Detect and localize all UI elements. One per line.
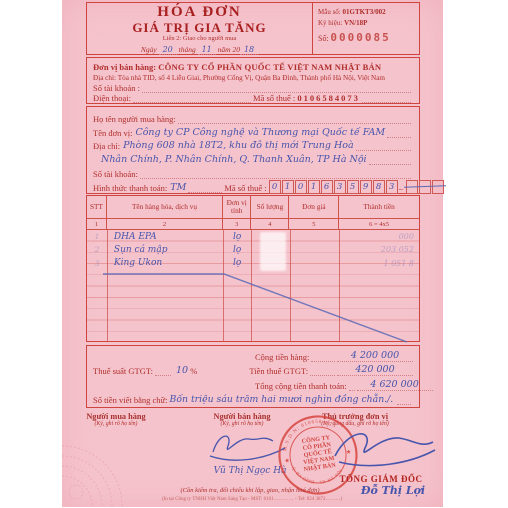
col-header-description: Tên hàng hóa, dịch vụ <box>107 196 223 218</box>
buyer-address-label: Địa chỉ: <box>93 141 120 151</box>
director-signature-block: Thủ trưởng đơn vị (Ký, đóng dấu, ghi rõ … <box>305 412 405 429</box>
dotted-leader <box>178 115 411 124</box>
dotted-leader <box>369 156 411 165</box>
director-signature-name: Đỗ Thị Lợi <box>338 484 448 497</box>
stamp-ring-bottom-text: Q. BA ĐÌNH - TP. HÀ NỘI <box>291 459 345 488</box>
buyer-address-line2-handwritten: Nhân Chính, P. Nhân Chính, Q. Thanh Xuân… <box>101 154 367 165</box>
totals-section: Cộng tiền hàng: 4 200 000 Thuế suất GTGT… <box>86 345 420 408</box>
dotted-leader <box>311 353 335 362</box>
director-signatory-note: (Ký, đóng dấu, ghi rõ họ tên) <box>305 421 405 429</box>
grand-total-label: Tổng cộng tiền thanh toán: <box>255 381 347 391</box>
table-body: 1 DHA EPA lọ 000 2 Sụn cá mập lọ 203 052… <box>87 230 419 341</box>
amount-in-words-label: Số tiền viết bằng chữ: <box>93 395 167 405</box>
dotted-leader <box>349 382 355 391</box>
dotted-leader <box>188 184 222 193</box>
stamp-ring-top-text: M.S.D.N: 0106584073 <box>280 417 340 452</box>
date-year-label: năm 20 <box>218 45 240 54</box>
tax-digit-empty <box>432 180 444 194</box>
vat-rate-handwritten: 10 <box>176 365 188 376</box>
vat-amount-label: Tiền thuế GTGT: <box>249 366 308 376</box>
tax-digit: 0 <box>295 180 307 194</box>
date-month-label: tháng <box>179 45 196 54</box>
seller-signature-name: Vũ Thị Ngọc Hà <box>194 466 306 476</box>
corner-guilloche-ornament <box>62 430 138 506</box>
tax-digit: 3 <box>334 180 346 194</box>
buyer-signatory-title: Người mua hàng <box>70 412 162 421</box>
subtotal-label: Cộng tiền hàng: <box>255 352 309 362</box>
stamp-line: NHẬT BẢN <box>303 461 337 474</box>
dotted-leader <box>362 94 411 103</box>
invoice-number-row: Số: 0000085 <box>318 29 414 46</box>
col-header-amount: Thành tiền <box>339 196 419 218</box>
stamp-line: QUỐC TẾ <box>303 447 332 459</box>
amount-in-words-handwritten: Bốn triệu sáu trăm hai mươi nghìn đồng c… <box>169 394 393 405</box>
date-day-handwritten: 20 <box>159 45 177 55</box>
date-month-handwritten: 11 <box>198 45 216 55</box>
payment-method-handwritten: TM <box>170 182 186 193</box>
stamp-star-left: ★ <box>284 457 290 465</box>
tax-digit-empty <box>406 180 418 194</box>
col-number: 1 <box>87 219 107 229</box>
printer-credit-line: (In tại Công ty TNHH Việt Nam Sáng Tạo -… <box>102 497 402 502</box>
buyer-unit-label: Tên đơn vị: <box>93 128 132 138</box>
seller-signatory-title: Người bán hàng <box>196 412 288 421</box>
buyer-account-label: Số tài khoản: <box>93 169 138 179</box>
seller-phone-label: Điện thoại: <box>93 93 131 103</box>
tax-digit: 1 <box>308 180 320 194</box>
seller-account-label: Số tài khoản : <box>93 83 140 93</box>
dotted-leader <box>310 367 335 376</box>
form-number-value: 01GTKT3/002 <box>343 8 386 16</box>
buyer-section: Họ tên người mua hàng: Tên đơn vị: Công … <box>86 106 420 194</box>
table-column-number-row: 1 2 3 4 5 6 = 4x5 <box>87 219 419 230</box>
buyer-company-handwritten: Công ty CP Công nghệ và Thương mại Quốc … <box>135 127 385 138</box>
buyer-tax-label: Mã số thuế : <box>224 183 266 193</box>
invoice-number-value: 0000085 <box>330 31 390 44</box>
grand-total-handwritten: 4 620 000 <box>357 379 433 391</box>
invoice-number-label: Số: <box>318 34 329 43</box>
percent-sign: % <box>190 366 197 376</box>
items-table: STT Tên hàng hóa, dịch vụ Đơn vị tính Số… <box>86 195 420 342</box>
seller-tax-label: Mã số thuế : <box>253 93 295 103</box>
seller-signatory-note: (Ký, ghi rõ họ tên) <box>196 421 288 429</box>
subtotal-value-handwritten: 4 200 000 <box>337 350 413 362</box>
seller-address-label: Địa chỉ: <box>93 74 116 82</box>
company-round-stamp: M.S.D.N: 0106584073 Q. BA ĐÌNH - TP. HÀ … <box>272 409 365 502</box>
seller-address-value: Tòa nhà TID, số 4 Liễu Giai, Phường Cống… <box>118 74 385 82</box>
stamp-star-right: ★ <box>345 448 351 456</box>
stamp-line: CỔ PHẦN <box>302 440 332 452</box>
buyer-signatory-note: (Ký, ghi rõ họ tên) <box>70 421 162 429</box>
tax-digit: 8 <box>373 180 385 194</box>
invoice-meta-block: Mẫu số: 01GTKT3/002 Ký hiệu: VN/18P Số: … <box>312 3 419 54</box>
dotted-leader <box>387 129 411 138</box>
vat-rate-label: Thuế suất GTGT: <box>93 366 153 376</box>
invoice-copy-line: Liên 2: Giao cho người mua <box>87 35 312 43</box>
buyer-tax-suffix-boxes <box>406 180 444 194</box>
tax-digit-empty <box>419 180 431 194</box>
dotted-leader <box>140 170 411 179</box>
date-prefix: Ngày <box>141 45 157 54</box>
dotted-leader <box>133 94 251 103</box>
col-header-unit: Đơn vị tính <box>223 196 251 218</box>
seller-section: Đơn vị bán hàng: CÔNG TY CỔ PHẦN QUỐC TẾ… <box>86 57 420 104</box>
seller-unit-label: Đơn vị bán hàng: <box>93 62 156 72</box>
serial-label: Ký hiệu: <box>318 19 342 27</box>
seller-signature-block: Người bán hàng (Ký, ghi rõ họ tên) <box>196 412 288 429</box>
col-number: 6 = 4x5 <box>339 219 419 229</box>
col-header-unit-price: Đơn giá <box>289 196 339 218</box>
director-signature <box>327 422 439 472</box>
invoice-date-line: Ngày 20 tháng 11 năm 2018 <box>87 45 312 54</box>
tax-digit: 0 <box>269 180 281 194</box>
seller-tax-code: 0106584073 <box>297 93 360 103</box>
invoice-title: HÓA ĐƠN <box>87 5 312 21</box>
dotted-leader <box>356 142 411 151</box>
serial-row: Ký hiệu: VN/18P <box>318 18 414 29</box>
tax-code-separator: – <box>399 183 403 193</box>
col-number: 2 <box>107 219 223 229</box>
form-number-row: Mẫu số: 01GTKT3/002 <box>318 7 414 18</box>
stamp-line: CÔNG TY <box>301 433 331 445</box>
svg-text:M.S.D.N: 0106584073: M.S.D.N: 0106584073 <box>280 417 340 452</box>
buyer-signature-block: Người mua hàng (Ký, ghi rõ họ tên) <box>70 412 162 429</box>
col-number: 5 <box>289 219 339 229</box>
scanned-invoice-page: { "colors": { "paper": "#f5c3cc", "borde… <box>0 0 508 508</box>
col-header-quantity: Số lượng <box>251 196 289 218</box>
tax-digit: 5 <box>347 180 359 194</box>
table-header-row: STT Tên hàng hóa, dịch vụ Đơn vị tính Số… <box>87 196 419 219</box>
col-header-stt: STT <box>87 196 107 218</box>
stamp-line: VIỆT NAM <box>303 454 335 466</box>
payment-method-label: Hình thức thanh toán: <box>93 183 167 193</box>
col-number: 3 <box>223 219 251 229</box>
invoice-title-block: HÓA ĐƠN GIÁ TRỊ GIA TĂNG Liên 2: Giao ch… <box>87 3 312 54</box>
invoice-header: HÓA ĐƠN GIÁ TRỊ GIA TĂNG Liên 2: Giao ch… <box>86 2 420 55</box>
dotted-leader <box>142 84 411 93</box>
director-signatory-title: Thủ trưởng đơn vị <box>305 412 405 421</box>
tax-digit: 3 <box>386 180 398 194</box>
buyer-address-line1-handwritten: Phòng 608 nhà 18T2, khu đô thị mới Trung… <box>123 140 354 151</box>
serial-value: VN/18P <box>344 19 367 27</box>
seller-signature <box>207 428 289 468</box>
col-number: 4 <box>251 219 289 229</box>
buyer-tax-code-boxes: 0 1 0 1 6 3 5 9 8 3 <box>269 180 398 194</box>
date-year-handwritten: 18 <box>240 45 258 55</box>
invoice-paper: HÓA ĐƠN GIÁ TRỊ GIA TĂNG Liên 2: Giao ch… <box>62 0 443 507</box>
director-role-title: TỔNG GIÁM ĐỐC <box>318 474 444 484</box>
buyer-name-label: Họ tên người mua hàng: <box>93 114 176 124</box>
seller-company-name: CÔNG TY CỔ PHẦN QUỐC TẾ VIỆT NAM NHẬT BẢ… <box>158 62 381 72</box>
form-number-label: Mẫu số: <box>318 8 341 16</box>
tax-digit: 1 <box>282 180 294 194</box>
verification-note: (Cần kiểm tra, đối chiếu khi lập, giao, … <box>118 487 382 494</box>
tax-digit: 9 <box>360 180 372 194</box>
dotted-leader <box>155 367 171 376</box>
crossout-line <box>87 230 421 344</box>
tax-digit: 6 <box>321 180 333 194</box>
svg-text:Q. BA ĐÌNH - TP. HÀ NỘI: Q. BA ĐÌNH - TP. HÀ NỘI <box>291 459 345 488</box>
invoice-subtitle: GIÁ TRỊ GIA TĂNG <box>87 21 312 35</box>
dotted-leader <box>397 396 411 405</box>
vat-amount-handwritten: 420 000 <box>337 364 413 376</box>
